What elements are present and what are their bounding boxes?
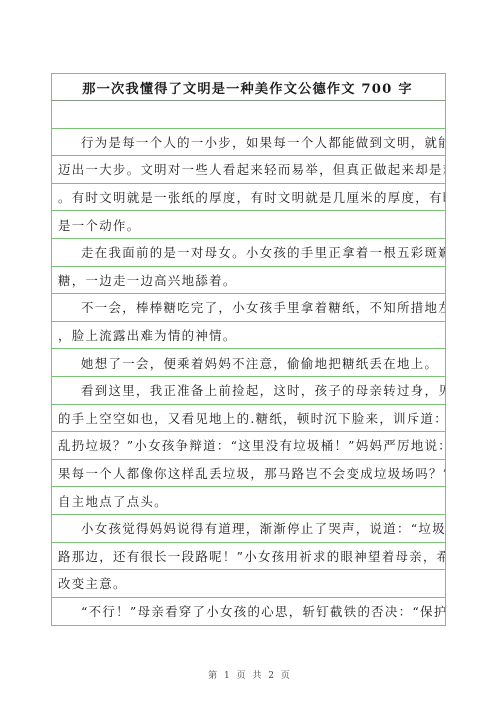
- document-title: 那一次我懂得了文明是一种美作文公德作文 700 字: [52, 74, 445, 101]
- essay-table: 那一次我懂得了文明是一种美作文公德作文 700 字 行为是每一个人的一小步，如果…: [51, 73, 446, 626]
- text-line: 走在我面前的是一对母女。小女孩的手里正拿着一根五彩斑斓的棒棒: [52, 239, 445, 267]
- text-line: 果每一个人都像你这样乱丢垃圾，那马路岂不会变成垃圾场吗？”我不由: [52, 460, 445, 488]
- document-page: 那一次我懂得了文明是一种美作文公德作文 700 字 行为是每一个人的一小步，如果…: [0, 0, 500, 708]
- text-line: 是一个动作。: [52, 211, 445, 239]
- page-number: 第 1 页 共 2 页: [0, 668, 500, 681]
- text-line: ，脸上流露出难为情的神情。: [52, 322, 445, 350]
- text-line: 迈出一大步。文明对一些人看起来轻而易举，但真正做起来却是难上加难: [52, 156, 445, 184]
- text-line: 她想了一会，便乘着妈妈不注意，偷偷地把糖纸丢在地上。: [52, 349, 445, 377]
- text-line: “不行！”母亲看穿了小女孩的心思，斩钉截铁的否决：“保护环境: [52, 598, 445, 626]
- blank-row: [52, 101, 445, 129]
- text-line: 小女孩觉得妈妈说得有道理，渐渐停止了哭声，说道：“垃圾场在马: [52, 515, 445, 543]
- text-line: 乱扔垃圾？”小女孩争辩道：“这里没有垃圾桶！”妈妈严厉地说：“如: [52, 432, 445, 460]
- text-line: 。有时文明就是一张纸的厚度，有时文明就是几厘米的厚度，有时文明就: [52, 184, 445, 212]
- text-line: 行为是每一个人的一小步，如果每一个人都能做到文明，就能让社会: [52, 129, 445, 157]
- text-line: 路那边，还有很长一段路呢！”小女孩用祈求的眼神望着母亲，希望母亲: [52, 543, 445, 571]
- text-line: 看到这里，我正准备上前捡起，这时，孩子的母亲转过身，见小女孩: [52, 377, 445, 405]
- text-line: 改变主意。: [52, 570, 445, 598]
- text-line: 糖，一边走一边高兴地舔着。: [52, 267, 445, 295]
- text-line: 自主地点了点头。: [52, 487, 445, 515]
- text-line: 的手上空空如也，又看见地上的.糖纸，顿时沉下脸来，训斥道：“怎么能: [52, 405, 445, 433]
- text-line: 不一会，棒棒糖吃完了，小女孩手里拿着糖纸，不知所措地左顾右盼: [52, 294, 445, 322]
